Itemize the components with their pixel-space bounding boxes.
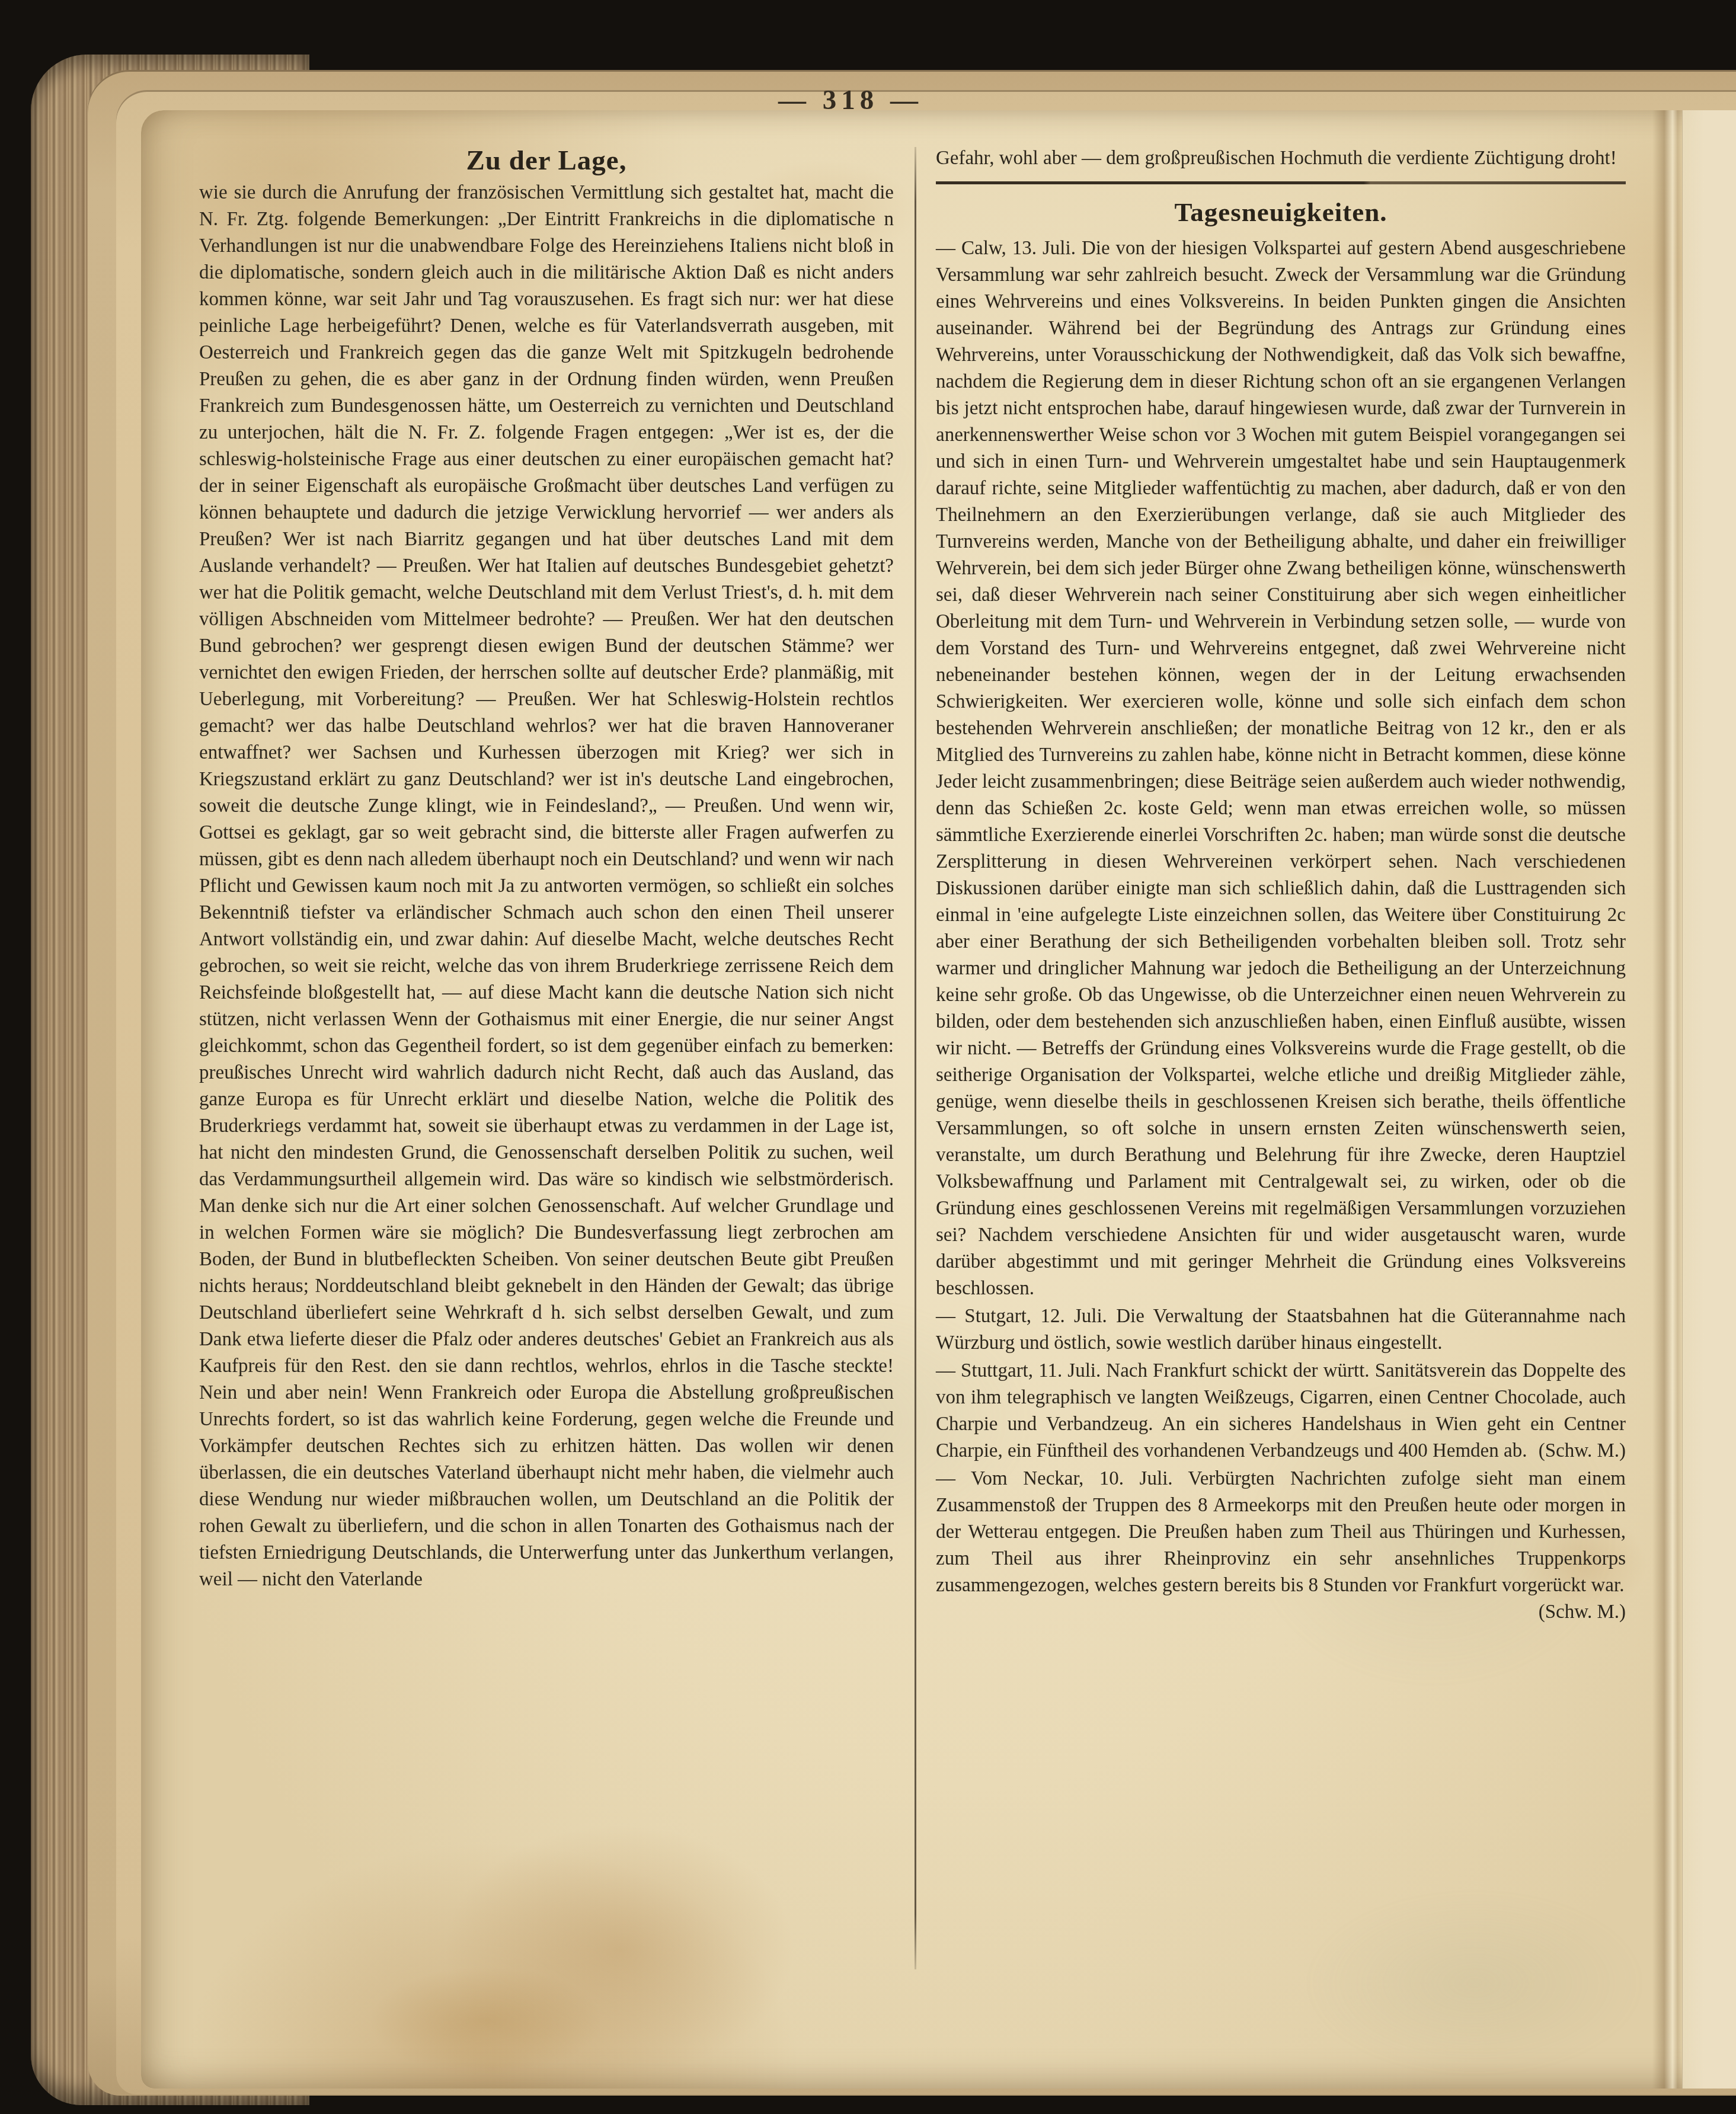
news-item-text: — Stuttgart, 11. Juli. Nach Frankfurt sc… bbox=[936, 1360, 1626, 1461]
news-item-vom-neckar: — Vom Neckar, 10. Juli. Verbürgten Nachr… bbox=[936, 1466, 1626, 1599]
page-fold-crease bbox=[1652, 110, 1682, 2089]
article-heading-zu-der-lage: Zu der Lage, bbox=[199, 145, 894, 176]
right-column: Gefahr, wohl aber — dem großpreußischen … bbox=[936, 145, 1626, 1626]
news-item-calw: — Calw, 13. Juli. Die von der hiesigen V… bbox=[936, 235, 1626, 1302]
news-item-source: (Schw. M.) bbox=[1539, 1599, 1626, 1626]
section-divider-rule bbox=[936, 181, 1626, 184]
news-item-source: (Schw. M.) bbox=[1539, 1438, 1626, 1464]
column-divider-rule bbox=[915, 147, 916, 1969]
left-column: Zu der Lage, wie sie durch die Anrufung … bbox=[199, 145, 894, 1593]
left-column-body: wie sie durch die Anrufung der französis… bbox=[199, 180, 894, 1593]
news-item-text: — Calw, 13. Juli. Die von der hiesigen V… bbox=[936, 238, 1626, 1299]
scanned-book-photo: — 318 — Zu der Lage, wie sie durch die A… bbox=[0, 0, 1736, 2114]
news-item-stuttgart-11: — Stuttgart, 11. Juli. Nach Frankfurt sc… bbox=[936, 1358, 1626, 1464]
page-number: — 318 — bbox=[738, 84, 963, 116]
news-item-stutgart-12: — Stutgart, 12. Juli. Die Verwaltung der… bbox=[936, 1303, 1626, 1357]
page-edge-beyond-fold bbox=[1682, 110, 1736, 2089]
news-item-text: — Stutgart, 12. Juli. Die Verwaltung der… bbox=[936, 1306, 1626, 1354]
news-item-text: — Vom Neckar, 10. Juli. Verbürgten Nachr… bbox=[936, 1468, 1626, 1596]
section-heading-tagesneuigkeiten: Tagesneuigkeiten. bbox=[936, 196, 1626, 228]
continuation-paragraph: Gefahr, wohl aber — dem großpreußischen … bbox=[936, 145, 1626, 172]
bleedthrough-ghost bbox=[1267, 1859, 1682, 2107]
